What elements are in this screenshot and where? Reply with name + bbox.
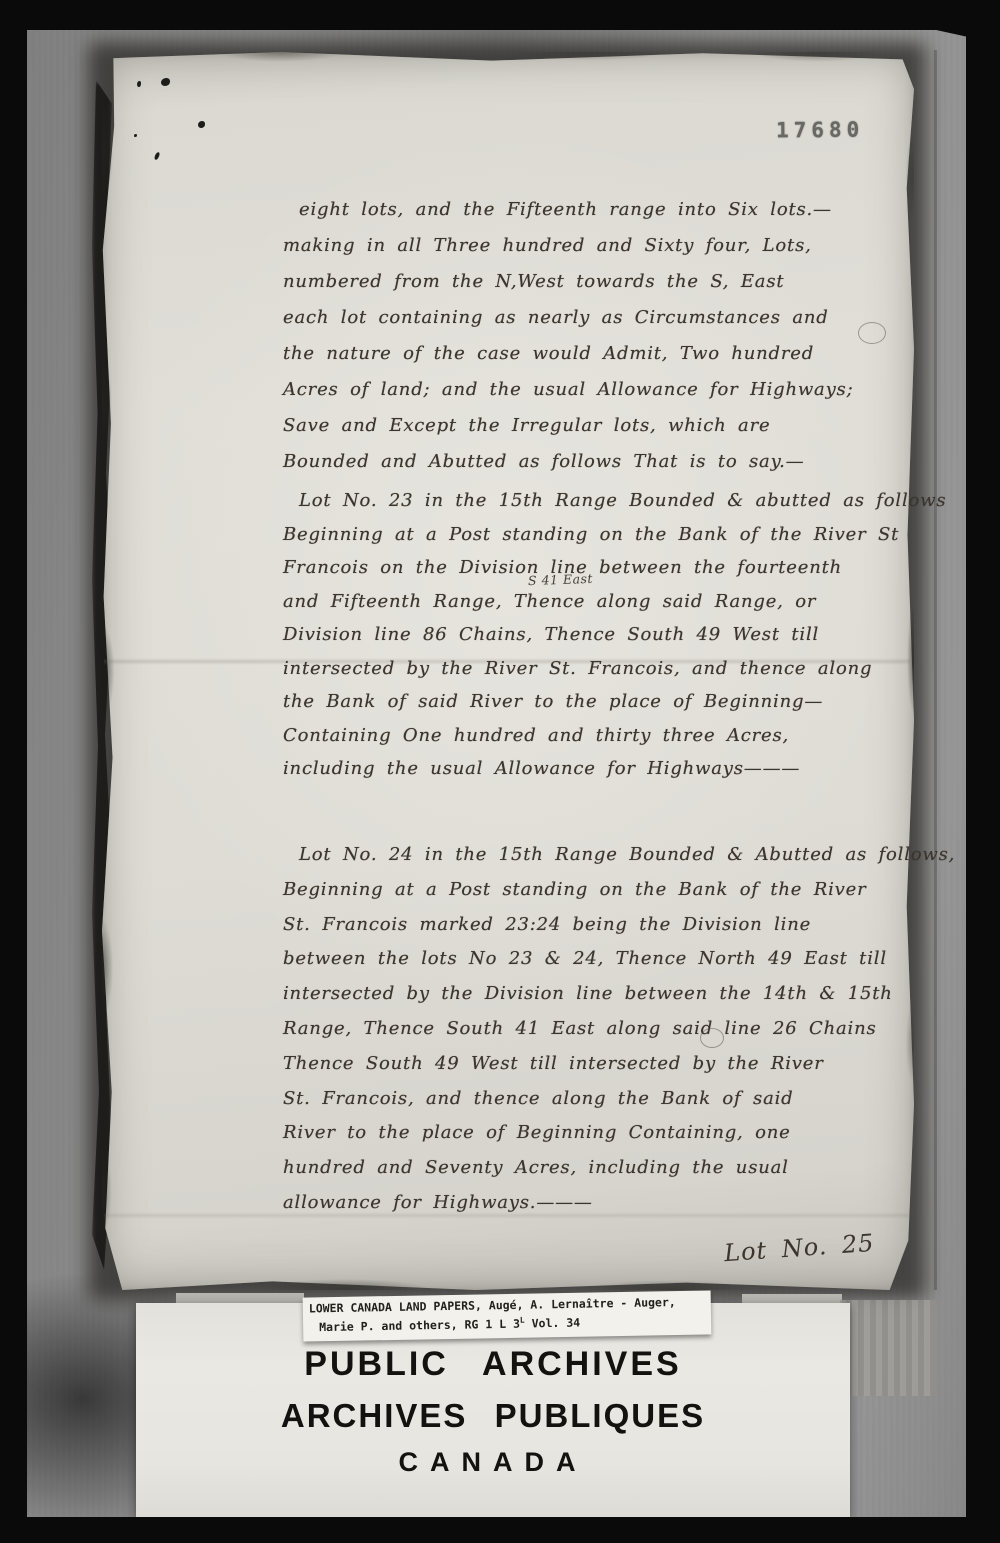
card-title-french: ARCHIVES PUBLIQUES — [136, 1397, 850, 1435]
handwritten-line: Division line 86 Chains, Thence South 49… — [283, 618, 931, 652]
handwritten-line: St. Francois marked 23:24 being the Divi… — [283, 908, 931, 943]
handwritten-line: each lot containing as nearly as Circums… — [283, 300, 931, 336]
handwritten-line: Lot No. 24 in the 15th Range Bounded & A… — [299, 838, 931, 873]
photo-frame-edge — [966, 0, 1000, 1543]
handwritten-line: and Fifteenth Range, Thence along said R… — [283, 585, 931, 619]
handwritten-line: Bounded and Abutted as follows That is t… — [283, 444, 931, 480]
handwritten-line: Thence South 49 West till intersected by… — [283, 1047, 931, 1082]
handwritten-line: including the usual Allowance for Highwa… — [283, 752, 931, 786]
handwritten-line: numbered from the N,West towards the S, … — [283, 264, 931, 300]
card-title-english: PUBLIC ARCHIVES — [136, 1345, 850, 1384]
handwritten-line: making in all Three hundred and Sixty fo… — [283, 228, 931, 264]
handwritten-line: allowance for Highways.——— — [283, 1186, 931, 1221]
handwritten-line: intersected by the River St. Francois, a… — [283, 652, 931, 686]
handwritten-line: the nature of the case would Admit, Two … — [283, 336, 931, 372]
accession-stamp: 17680 — [776, 118, 864, 143]
correction-mark — [700, 1028, 724, 1048]
archival-photo-scan: 17680 eight lots, and the Fifteenth rang… — [0, 0, 1000, 1543]
photo-frame-edge — [0, 0, 27, 1543]
handwritten-line: Acres of land; and the usual Allowance f… — [283, 372, 931, 408]
handwritten-line: St. Francois, and thence along the Bank … — [283, 1082, 931, 1117]
interline-insertion: S 41 East — [528, 571, 593, 588]
handwritten-line: hundred and Seventy Acres, including the… — [283, 1151, 931, 1186]
catalog-label-text: Vol. 34 — [525, 1316, 581, 1331]
photo-frame-edge — [0, 0, 1000, 30]
handwritten-line: Beginning at a Post standing on the Bank… — [283, 873, 931, 908]
handwritten-line: River to the place of Beginning Containi… — [283, 1116, 931, 1151]
handwritten-line: Range, Thence South 41 East along said l… — [283, 1012, 931, 1047]
handwritten-line: eight lots, and the Fifteenth range into… — [299, 192, 931, 228]
catalog-label: LOWER CANADA LAND PAPERS, Augé, A. Lerna… — [303, 1290, 712, 1341]
handwritten-line: intersected by the Division line between… — [283, 977, 931, 1012]
handwritten-paragraph-intro: eight lots, and the Fifteenth range into… — [283, 192, 931, 480]
card-title-country: CANADA — [136, 1447, 850, 1478]
handwritten-paragraph-lot23: Lot No. 23 in the 15th Range Bounded & a… — [283, 484, 931, 786]
catalog-label-text: Marie P. and others, RG 1 L 3 — [319, 1317, 520, 1335]
handwritten-line: Lot No. 23 in the 15th Range Bounded & a… — [299, 484, 931, 518]
handwritten-line: Save and Except the Irregular lots, whic… — [283, 408, 931, 444]
correction-mark — [858, 322, 886, 344]
handwritten-line: between the lots No 23 & 24, Thence Nort… — [283, 942, 931, 977]
handwritten-line: Beginning at a Post standing on the Bank… — [283, 518, 931, 552]
backing-sheet-edge — [934, 50, 937, 1290]
handwritten-line: the Bank of said River to the place of B… — [283, 685, 931, 719]
photo-frame-edge — [0, 1517, 1000, 1543]
paper-step-shape — [840, 1300, 936, 1396]
handwritten-line: Francois on the Division line between th… — [283, 551, 931, 585]
handwritten-line: Containing One hundred and thirty three … — [283, 719, 931, 753]
handwritten-paragraph-lot24: Lot No. 24 in the 15th Range Bounded & A… — [283, 838, 931, 1221]
